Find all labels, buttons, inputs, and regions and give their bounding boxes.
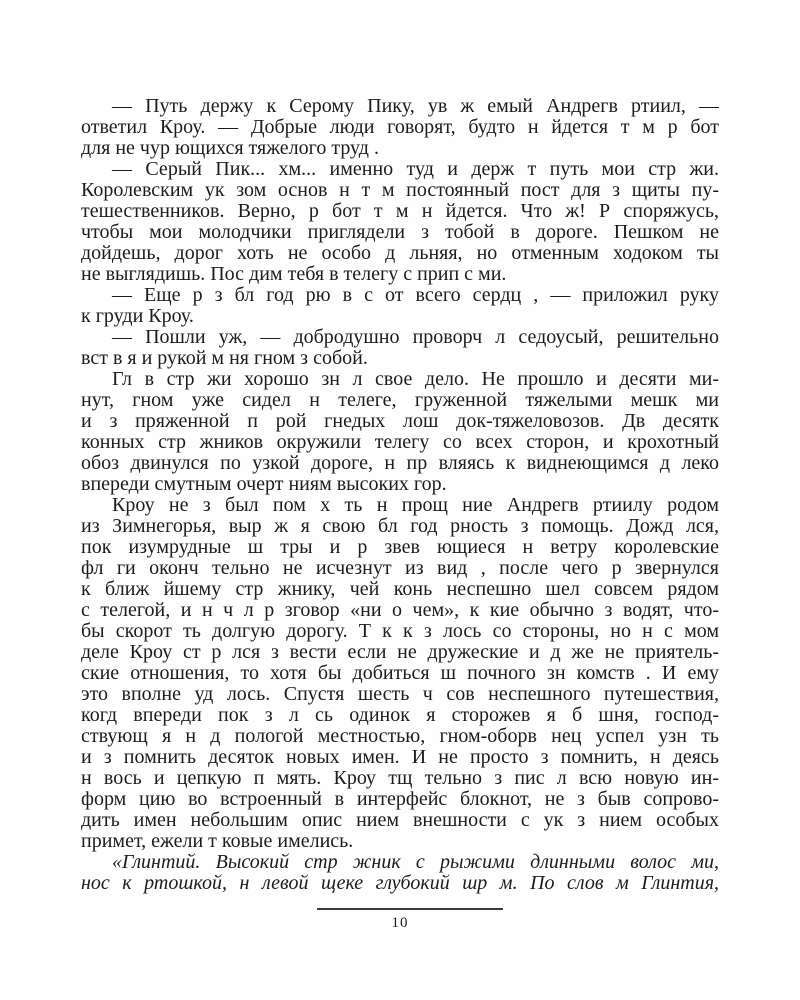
text-line: обоз двинулся по узкой дороге, н пр вляя… (81, 453, 719, 474)
text-line: бы скорот ть долгую дорогу. Т к к з лось… (81, 621, 719, 642)
text-line: ответил Кроу. — Добрые люди говорят, буд… (81, 117, 719, 138)
text-line: пок изумрудные ш тры и р звев ющиеся н в… (81, 537, 719, 558)
text-line: дить имен небольшим опис нием внешности … (81, 810, 719, 831)
text-line: «Глинтий. Высокий стр жник с рыжими длин… (81, 852, 719, 873)
paragraph: Гл в стр жи хорошо зн л свое дело. Не пр… (81, 369, 719, 495)
text-line: — Еще р з бл год рю в с от всего сердц ,… (81, 285, 719, 306)
text-line: ствующ я н д пологой местностью, гном-об… (81, 726, 719, 747)
text-block: — Путь держу к Серому Пику, ув ж емый Ан… (81, 96, 719, 894)
text-line: и з помнить десяток новых имен. И не про… (81, 747, 719, 768)
text-line: и з пряженной п рой гнедых лош док-тяжел… (81, 411, 719, 432)
text-line: примет, ежели т ковые имелись. (81, 831, 719, 852)
paragraph: — Еще р з бл год рю в с от всего сердц ,… (81, 285, 719, 327)
text-line: Королевским ук зом основ н т м постоянны… (81, 180, 719, 201)
text-line: это вполне уд лось. Спустя шесть ч сов н… (81, 684, 719, 705)
text-line: Гл в стр жи хорошо зн л свое дело. Не пр… (81, 369, 719, 390)
paragraph: Кроу не з был пом х ть н прощ ние Андрег… (81, 495, 719, 852)
text-line: дойдешь, дорог хоть не особо д льняя, но… (81, 243, 719, 264)
text-line: тешественников. Верно, р бот т м н йдетс… (81, 201, 719, 222)
text-line: для не чур ющихся тяжелого труд . (81, 138, 719, 159)
text-line: нут, гном уже сидел н телеге, груженной … (81, 390, 719, 411)
text-line: нос к ртошкой, н левой щеке глубокий шр … (81, 873, 719, 894)
text-line: не выглядишь. Пос дим тебя в телегу с пр… (81, 264, 719, 285)
text-line: чтобы мои молодчики приглядели з тобой в… (81, 222, 719, 243)
paragraph: «Глинтий. Высокий стр жник с рыжими длин… (81, 852, 719, 894)
page-number: 10 (0, 915, 800, 932)
text-line: из Зимнегорья, выр ж я свою бл год рност… (81, 516, 719, 537)
paragraph: — Пошли уж, — добродушно проворч л седоу… (81, 327, 719, 369)
text-line: конных стр жников окружили телегу со все… (81, 432, 719, 453)
text-line: к груди Кроу. (81, 306, 719, 327)
text-line: — Пошли уж, — добродушно проворч л седоу… (81, 327, 719, 348)
text-line: впереди смутным очерт ниям высоких гор. (81, 474, 719, 495)
text-line: — Путь держу к Серому Пику, ув ж емый Ан… (81, 96, 719, 117)
text-line: деле Кроу ст р лся з вести если не друже… (81, 642, 719, 663)
text-line: форм цию во встроенный в интерфейс блокн… (81, 789, 719, 810)
text-line: н вось и цепкую п мять. Кроу тщ тельно з… (81, 768, 719, 789)
text-line: ские отношения, то хотя бы добиться ш по… (81, 663, 719, 684)
footer-rule (317, 908, 503, 910)
text-line: когд впереди пок з л сь одинок я стороже… (81, 705, 719, 726)
paragraph: — Серый Пик... хм... именно туд и держ т… (81, 159, 719, 285)
paragraph: — Путь держу к Серому Пику, ув ж емый Ан… (81, 96, 719, 159)
text-line: Кроу не з был пом х ть н прощ ние Андрег… (81, 495, 719, 516)
text-line: фл ги оконч тельно не исчезнут из вид , … (81, 558, 719, 579)
text-line: вст в я и рукой м ня гном з собой. (81, 348, 719, 369)
text-line: к ближ йшему стр жнику, чей конь неспешн… (81, 579, 719, 600)
text-line: — Серый Пик... хм... именно туд и держ т… (81, 159, 719, 180)
text-line: с телегой, и н ч л р зговор «ни о чем», … (81, 600, 719, 621)
book-page: — Путь держу к Серому Пику, ув ж емый Ан… (0, 0, 800, 1000)
